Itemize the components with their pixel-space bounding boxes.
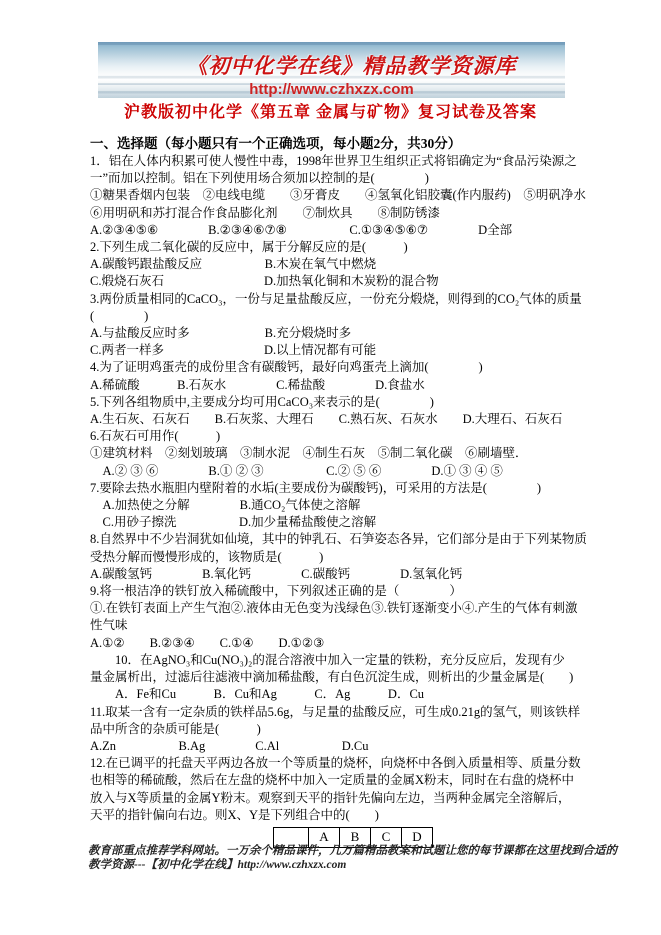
question-line: A.稀硫酸 B.石灰水 C.稀盐酸 D.食盐水	[90, 377, 572, 394]
question-11: 11.取某一含有一定杂质的铁样品5.6g，与足量的盐酸反应，可生成0.21g的氢…	[90, 704, 572, 756]
document-body: 一、选择题（每小题只有一个正确选项，每小题2分，共30分） 1．铝在人体内积累可…	[90, 136, 572, 848]
question-6: 6.石灰石可用作( )①建筑材料 ②刻划玻璃 ③制水泥 ④制生石灰 ⑤制二氧化碳…	[90, 428, 572, 480]
question-line: 天平的指针偏向右边。则X、Y是下列组合中的( )	[90, 807, 572, 824]
question-line: 一”而加以控制。铝在下列使用场合须加以控制的是( )	[90, 170, 572, 187]
question-line: 性气味	[90, 617, 572, 634]
page-title: 沪教版初中化学《第五章 金属与矿物》复习试卷及答案	[0, 99, 661, 122]
question-line: A.② ③ ⑥ B.① ② ③ C.② ⑤ ⑥ D.① ③ ④ ⑤	[90, 463, 572, 480]
question-4: 4.为了证明鸡蛋壳的成份里含有碳酸钙，最好向鸡蛋壳上滴加( )A.稀硫酸 B.石…	[90, 359, 572, 393]
question-8: 8.自然界中不少岩洞犹如仙境，其中的钟乳石、石笋姿态各异，它们部分是由于下列某物…	[90, 531, 572, 583]
question-7: 7.要除去热水瓶胆内壁附着的水垢(主要成份为碳酸钙)，可采用的方法是( ) A.…	[90, 480, 572, 532]
question-line: C.用砂子擦洗 D.加少量稀盐酸使之溶解	[90, 514, 572, 531]
footer-line: 教学资源---【初中化学在线】http://www.czhxzx.com	[88, 859, 578, 873]
question-line: A.②③④⑤⑥ B.②③④⑥⑦⑧ C.①③④⑤⑥⑦ D全部	[90, 222, 572, 239]
question-line: 12.在已调平的托盘天平两边各放一个等质量的烧杯，向烧杯中各倒入质量相等、质量分…	[90, 755, 572, 772]
document-page: 《初中化学在线》精品教学资源库 http://www.czhxzx.com 沪教…	[0, 0, 661, 935]
question-line: ⑥用明矾和苏打混合作食品膨化剂 ⑦制炊具 ⑧制防锈漆	[90, 205, 572, 222]
question-line: A.碳酸钙跟盐酸反应 B.木炭在氧气中燃烧	[90, 256, 572, 273]
question-3: 3.两份质量相同的CaCO₃，一份与足量盐酸反应，一份充分煅烧，则得到的CO₂气…	[90, 291, 572, 360]
question-line: ①糖果香烟内包装 ②电线电缆 ③牙膏皮 ④氢氧化铝胶囊(作内服药) ⑤明矾净水	[90, 187, 572, 204]
question-line: 7.要除去热水瓶胆内壁附着的水垢(主要成份为碳酸钙)，可采用的方法是( )	[90, 480, 572, 497]
question-line: 8.自然界中不少岩洞犹如仙境，其中的钟乳石、石笋姿态各异，它们部分是由于下列某物…	[90, 531, 572, 548]
question-line: 11.取某一含有一定杂质的铁样品5.6g，与足量的盐酸反应，可生成0.21g的氢…	[90, 704, 572, 721]
question-line: ①建筑材料 ②刻划玻璃 ③制水泥 ④制生石灰 ⑤制二氧化碳 ⑥刷墙壁．	[90, 445, 572, 462]
question-line: ( )	[90, 308, 572, 325]
question-9: 9.将一根洁净的铁钉放入稀硫酸中，下列叙述正确的是（ ）①.在铁钉表面上产生气泡…	[90, 583, 572, 652]
footer-note: 教育部重点推荐学科网站。一万余个精品课件，几万篇精品教案和试题让您的每节课都在这…	[88, 845, 578, 872]
footer-line: 教育部重点推荐学科网站。一万余个精品课件，几万篇精品教案和试题让您的每节课都在这…	[88, 845, 578, 859]
question-line: A.Zn B.Ag C.Al D.Cu	[90, 738, 572, 755]
question-line: C.两者一样多 D.以上情况都有可能	[90, 342, 572, 359]
question-2: 2.下列生成二氧化碳的反应中，属于分解反应的是( )A.碳酸钙跟盐酸反应 B.木…	[90, 239, 572, 291]
site-banner: 《初中化学在线》精品教学资源库 http://www.czhxzx.com	[98, 42, 565, 98]
question-line: A．Fe和Cu B．Cu和Ag C．Ag D．Cu	[90, 686, 572, 703]
question-line: 受热分解而慢慢形成的，该物质是( )	[90, 549, 572, 566]
question-1: 1．铝在人体内积累可使人慢性中毒，1998年世界卫生组织正式将铝确定为“食品污染…	[90, 153, 572, 239]
question-line: A.加热使之分解 B.通CO₂气体使之溶解	[90, 497, 572, 514]
question-line: 9.将一根洁净的铁钉放入稀硫酸中，下列叙述正确的是（ ）	[90, 583, 572, 600]
question-line: C.煅烧石灰石 D.加热氧化铜和木炭粉的混合物	[90, 273, 572, 290]
question-line: 5.下列各组物质中,主要成分均可用CaCO₃来表示的是( )	[90, 394, 572, 411]
question-line: 10．在AgNO₃和Cu(NO₃)₂的混合溶液中加入一定量的铁粉，充分反应后，发…	[90, 652, 572, 669]
question-line: 3.两份质量相同的CaCO₃，一份与足量盐酸反应，一份充分煅烧，则得到的CO₂气…	[90, 291, 572, 308]
question-5: 5.下列各组物质中,主要成分均可用CaCO₃来表示的是( )A.生石灰、石灰石 …	[90, 394, 572, 428]
question-line: 4.为了证明鸡蛋壳的成份里含有碳酸钙，最好向鸡蛋壳上滴加( )	[90, 359, 572, 376]
question-line: 2.下列生成二氧化碳的反应中，属于分解反应的是( )	[90, 239, 572, 256]
question-line: 6.石灰石可用作( )	[90, 428, 572, 445]
question-line: A.与盐酸反应时多 B.充分煅烧时多	[90, 325, 572, 342]
question-line: A.碳酸氢钙 B.氧化钙 C.碳酸钙 D.氢氧化钙	[90, 566, 572, 583]
banner-title: 《初中化学在线》精品教学资源库	[98, 50, 565, 80]
section-heading: 一、选择题（每小题只有一个正确选项，每小题2分，共30分）	[90, 136, 572, 152]
question-line: A.①② B.②③④ C.①④ D.①②③	[90, 635, 572, 652]
question-line: A.生石灰、石灰石 B.石灰浆、大理石 C.熟石灰、石灰水 D.大理石、石灰石	[90, 411, 572, 428]
banner-url-link[interactable]: http://www.czhxzx.com	[98, 81, 565, 98]
question-10: 10．在AgNO₃和Cu(NO₃)₂的混合溶液中加入一定量的铁粉，充分反应后，发…	[90, 652, 572, 704]
question-line: 量金属析出，过滤后往滤液中滴加稀盐酸，有白色沉淀生成，则析出的少量金属是( )	[90, 669, 572, 686]
question-line: ①.在铁钉表面上产生气泡②.液体由无色变为浅绿色③.铁钉逐渐变小④.产生的气体有…	[90, 600, 572, 617]
question-line: 品中所含的杂质可能是( )	[90, 721, 572, 738]
question-line: 也相等的稀硫酸，然后在左盘的烧杯中加入一定质量的金属X粉末，同时在右盘的烧杯中	[90, 772, 572, 789]
question-line: 放入与X等质量的金属Y粉末。观察到天平的指针先偏向左边，当两种金属完全溶解后，	[90, 790, 572, 807]
question-line: 1．铝在人体内积累可使人慢性中毒，1998年世界卫生组织正式将铝确定为“食品污染…	[90, 153, 572, 170]
question-12: 12.在已调平的托盘天平两边各放一个等质量的烧杯，向烧杯中各倒入质量相等、质量分…	[90, 755, 572, 824]
